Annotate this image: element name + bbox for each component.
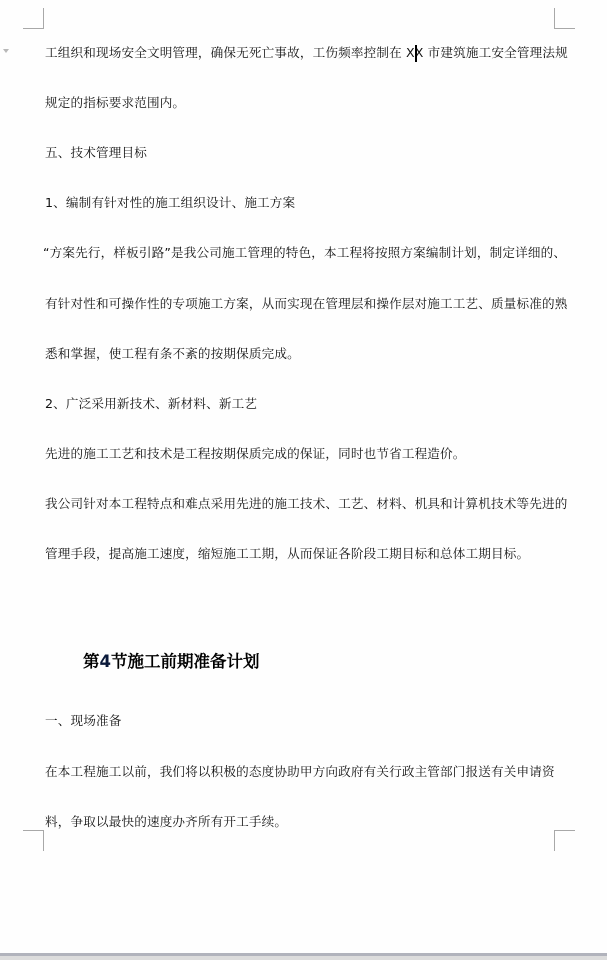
subsection-heading-one[interactable]: 一、现场准备 <box>45 713 121 729</box>
body-text-line[interactable]: 料，争取以最快的速度办齐所有开工手续。 <box>45 814 287 830</box>
body-text-line[interactable]: 规定的指标要求范围内。 <box>45 95 185 111</box>
body-text-line[interactable]: 有针对性和可操作性的专项施工方案，从而实现在管理层和操作层对施工工艺、质量标准的… <box>45 296 568 312</box>
heading-suffix: 节施工前期准备计划 <box>111 652 260 671</box>
subsection-heading-1[interactable]: 1、编制有针对性的施工组织设计、施工方案 <box>45 195 295 211</box>
window-background-strip <box>0 956 607 960</box>
body-text-line[interactable]: 工组织和现场安全文明管理，确保无死亡事故，工伤频率控制在 XX 市建筑施工安全管… <box>45 45 568 61</box>
bottom-left-margin-mark <box>23 830 44 851</box>
top-left-margin-mark <box>23 8 44 29</box>
text-cursor <box>415 45 417 62</box>
section-heading-five[interactable]: 五、技术管理目标 <box>45 145 147 161</box>
body-text-line[interactable]: 我公司针对本工程特点和难点采用先进的施工技术、工艺、材料、机具和计算机技术等先进… <box>45 496 568 512</box>
heading-number: 4 <box>100 652 111 671</box>
paragraph-collapse-triangle-icon[interactable] <box>3 49 9 53</box>
body-text-line[interactable]: 在本工程施工以前，我们将以积极的态度协助甲方向政府有关行政主管部门报送有关申请资 <box>45 764 555 780</box>
section-title-4[interactable]: 第4节施工前期准备计划 <box>83 651 259 673</box>
document-page[interactable]: 工组织和现场安全文明管理，确保无死亡事故，工伤频率控制在 XX 市建筑施工安全管… <box>0 0 607 953</box>
body-text-line[interactable]: “方案先行，样板引路”是我公司施工管理的特色，本工程将按照方案编制计划，制定详细… <box>43 245 566 261</box>
subsection-heading-2[interactable]: 2、广泛采用新技术、新材料、新工艺 <box>45 396 257 412</box>
body-text-line[interactable]: 先进的施工工艺和技术是工程按期保质完成的保证，同时也节省工程造价。 <box>45 446 466 462</box>
top-right-margin-mark <box>554 8 575 29</box>
body-text-line[interactable]: 管理手段，提高施工速度，缩短施工工期，从而保证各阶段工期目标和总体工期目标。 <box>45 546 529 562</box>
body-text-line[interactable]: 悉和掌握，使工程有条不紊的按期保质完成。 <box>45 346 300 362</box>
heading-prefix: 第 <box>83 652 100 671</box>
bottom-right-margin-mark <box>554 830 575 851</box>
